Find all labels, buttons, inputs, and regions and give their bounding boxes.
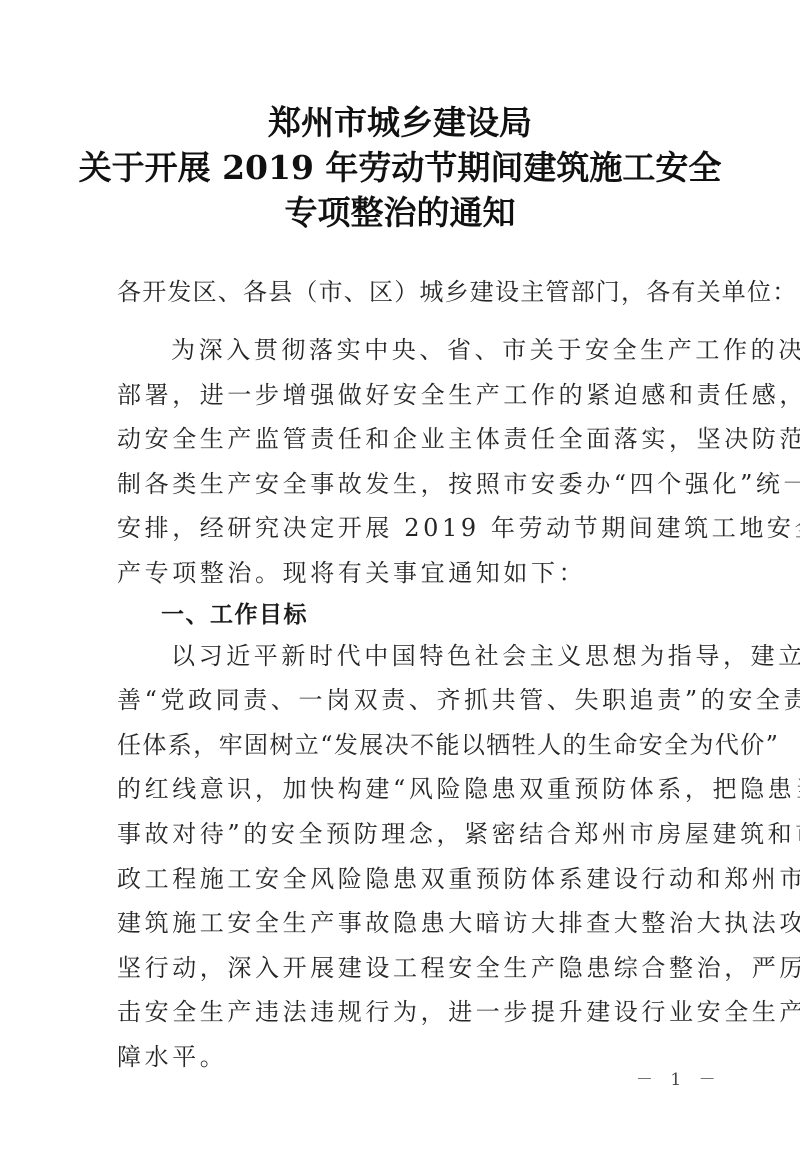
intro-paragraph: 为深入贯彻落实中央、省、市关于安全生产工作的决策 部署，进一步增强做好安全生产工… — [117, 328, 687, 596]
paragraph-line: 安排，经研究决定开展 2019 年劳动节期间建筑工地安全生 — [117, 506, 687, 551]
paragraph-line: 善“党政同责、一岗双责、齐抓共管、失职追责”的安全责 — [117, 678, 687, 723]
paragraph-line: 的红线意识，加快构建“风险隐患双重预防体系，把隐患当 — [117, 767, 687, 812]
paragraph-line: 建筑施工安全生产事故隐患大暗访大排查大整治大执法攻 — [117, 901, 687, 946]
document-body: 各开发区、各县（市、区）城乡建设主管部门，各有关单位： 为深入贯彻落实中央、省、… — [117, 270, 687, 1080]
document-page: 郑州市城乡建设局 关于开展 2019 年劳动节期间建筑施工安全 专项整治的通知 … — [0, 0, 800, 1153]
title-issuer: 郑州市城乡建设局 — [0, 100, 800, 145]
paragraph-line: 政工程施工安全风险隐患双重预防体系建设行动和郑州市 — [117, 857, 687, 902]
paragraph-line: 障水平。 — [117, 1035, 687, 1080]
paragraph-line: 动安全生产监管责任和企业主体责任全面落实，坚决防范遏 — [117, 417, 687, 462]
paragraph-line: 任体系，牢固树立“发展决不能以牺牲人的生命安全为代价” — [117, 723, 687, 768]
title-subject-line-1: 关于开展 2019 年劳动节期间建筑施工安全 — [0, 145, 800, 190]
page-number: － 1 － — [636, 1065, 722, 1090]
paragraph-line: 坚行动，深入开展建设工程安全生产隐患综合整治，严厉打 — [117, 946, 687, 991]
paragraph-line: 产专项整治。现将有关事宜通知如下： — [117, 551, 687, 596]
paragraph-line: 制各类生产安全事故发生，按照市安委办“四个强化”统一 — [117, 462, 687, 507]
section-1-paragraph: 以习近平新时代中国特色社会主义思想为指导，建立完 善“党政同责、一岗双责、齐抓共… — [117, 634, 687, 1080]
paragraph-line: 部署，进一步增强做好安全生产工作的紧迫感和责任感，推 — [117, 373, 687, 418]
document-title: 郑州市城乡建设局 关于开展 2019 年劳动节期间建筑施工安全 专项整治的通知 — [0, 100, 800, 235]
paragraph-line: 为深入贯彻落实中央、省、市关于安全生产工作的决策 — [117, 328, 687, 373]
addressee: 各开发区、各县（市、区）城乡建设主管部门，各有关单位： — [117, 270, 687, 328]
paragraph-line: 击安全生产违法违规行为，进一步提升建设行业安全生产保 — [117, 990, 687, 1035]
title-subject-line-2: 专项整治的通知 — [0, 190, 800, 235]
section-heading-work-goals: 一、工作目标 — [117, 596, 687, 634]
paragraph-line: 以习近平新时代中国特色社会主义思想为指导，建立完 — [117, 634, 687, 679]
paragraph-line: 事故对待”的安全预防理念，紧密结合郑州市房屋建筑和市 — [117, 812, 687, 857]
